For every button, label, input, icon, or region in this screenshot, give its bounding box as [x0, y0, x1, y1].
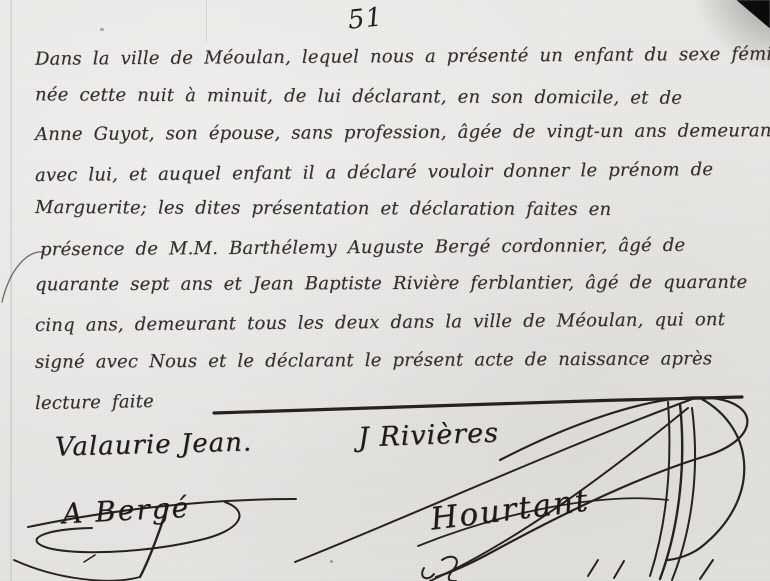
bottom-cutoff-strokes	[84, 555, 713, 581]
signature-valaurie: Valaurie Jean.	[55, 427, 253, 462]
manuscript-line-5: Marguerite; les dites présentation et dé…	[35, 197, 611, 220]
manuscript-line-10: lecture faite	[35, 391, 154, 414]
manuscript-line-9: signé avec Nous et le déclarant le prése…	[35, 348, 712, 373]
scan-corner	[690, 0, 770, 46]
left-fold-line	[10, 0, 12, 581]
manuscript-line-4: avec lui, et auquel enfant il a déclaré …	[35, 159, 713, 186]
manuscript-line-6: présence de M.M. Barthélemy Auguste Berg…	[40, 235, 685, 261]
paper-speck	[100, 28, 104, 31]
signature-berge: A Bergé	[61, 491, 191, 531]
top-fold-line	[206, 0, 207, 42]
manuscript-line-8: cinq ans, demeurant tous les deux dans l…	[35, 309, 725, 336]
manuscript-line-1: Dans la ville de Méoulan, lequel nous a …	[35, 43, 770, 69]
manuscript-line-2: née cette nuit à minuit, de lui déclaran…	[35, 84, 682, 108]
page-number: 51	[347, 2, 385, 36]
manuscript-line-3: Anne Guyot, son épouse, sans profession,…	[35, 120, 770, 145]
signature-hourtant: Hourtant	[428, 482, 591, 537]
paper-speck	[330, 560, 333, 563]
fill-rule	[214, 397, 742, 413]
scanned-birth-record-page: 51 Dans la ville de Méoulan, lequel nous…	[0, 0, 770, 581]
signature-rivieres: J Rivières	[358, 418, 500, 454]
manuscript-line-7: quarante sept ans et Jean Baptiste Riviè…	[35, 272, 747, 295]
